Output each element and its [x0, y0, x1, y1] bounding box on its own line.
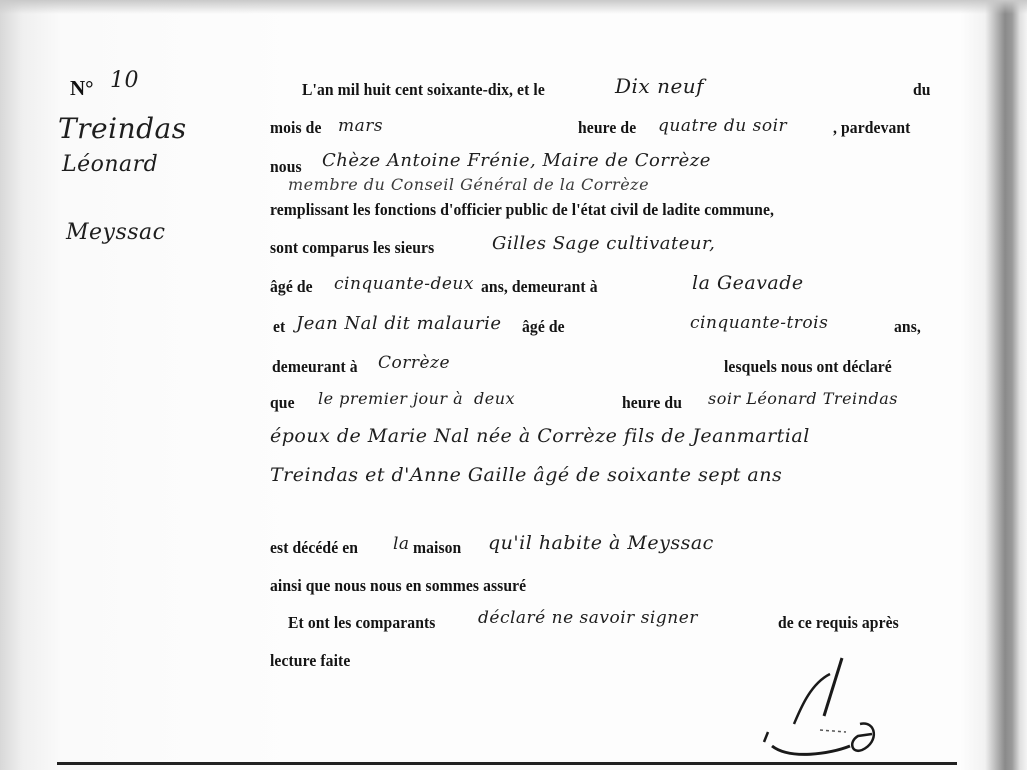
- line-5-printed: remplissant les fonctions d'officier pub…: [270, 200, 774, 220]
- line-9-printed: demeurant à: [272, 357, 358, 377]
- line-9-end: lesquels nous ont déclaré: [724, 357, 892, 377]
- line-7-hand: cinquante-deux: [334, 274, 474, 294]
- line-2-printed: mois de: [270, 118, 321, 138]
- line-3-printed: nous: [270, 157, 302, 177]
- line-14-printed: ainsi que nous nous en sommes assuré: [270, 576, 526, 596]
- line-1-hand: Dix neuf: [615, 74, 704, 98]
- line-9-hand: Corrèze: [378, 353, 450, 373]
- margin-given-name: Léonard: [62, 152, 158, 177]
- line-1-printed: L'an mil huit cent soixante-dix, et le: [302, 80, 545, 100]
- line-15-printed: Et ont les comparants: [288, 613, 435, 633]
- bottom-rule: [57, 762, 957, 765]
- scan-shadow: [0, 0, 1027, 14]
- line-13-hand2: qu'il habite à Meyssac: [488, 532, 714, 554]
- line-16-printed: lecture faite: [270, 651, 350, 671]
- line-7-printed: âgé de: [270, 277, 313, 297]
- line-6-printed: sont comparus les sieurs: [270, 238, 434, 258]
- line-2-mid: heure de: [578, 118, 636, 138]
- line-13-mid: maison: [413, 538, 461, 558]
- line-15-end: de ce requis après: [778, 613, 899, 633]
- line-11-hand: époux de Marie Nal née à Corrèze fils de…: [270, 425, 810, 447]
- line-1-end: du: [913, 80, 931, 100]
- record-number-label: N°: [70, 76, 94, 101]
- line-12-hand: Treindas et d'Anne Gaille âgé de soixant…: [270, 464, 782, 486]
- line-8-hand: Jean Nal dit malaurie: [296, 313, 502, 334]
- line-8-hand2: cinquante-trois: [690, 313, 828, 333]
- line-15-hand: déclaré ne savoir signer: [478, 608, 698, 628]
- line-2-hand2: quatre du soir: [658, 116, 787, 136]
- line-7-hand2: la Geavade: [692, 272, 804, 294]
- margin-surname: Treindas: [58, 112, 187, 145]
- margin-place: Meyssac: [66, 220, 166, 245]
- line-3-hand: Chèze Antoine Frénie, Maire de Corrèze: [322, 150, 711, 171]
- line-8-printed: et: [273, 317, 285, 337]
- line-10-hand2: deux: [474, 389, 515, 408]
- line-2-end: , pardevant: [833, 118, 910, 138]
- line-13-printed: est décédé en: [270, 538, 358, 558]
- line-10-printed: que: [270, 393, 295, 413]
- record-number: 10: [110, 68, 139, 93]
- mayor-signature-icon: [750, 650, 910, 760]
- line-10-hand3: soir Léonard Treindas: [708, 389, 898, 408]
- line-4-hand: membre du Conseil Général de la Corrèze: [288, 175, 649, 194]
- line-10-mid: heure du: [622, 393, 682, 413]
- line-2-hand: mars: [338, 116, 383, 136]
- line-6-hand: Gilles Sage cultivateur,: [492, 233, 715, 254]
- line-10-hand: le premier jour à: [318, 389, 463, 408]
- line-7-mid: ans, demeurant à: [481, 277, 598, 297]
- line-13-hand: la: [393, 534, 410, 554]
- line-8-end: ans,: [894, 317, 921, 337]
- line-8-mid: âgé de: [522, 317, 565, 337]
